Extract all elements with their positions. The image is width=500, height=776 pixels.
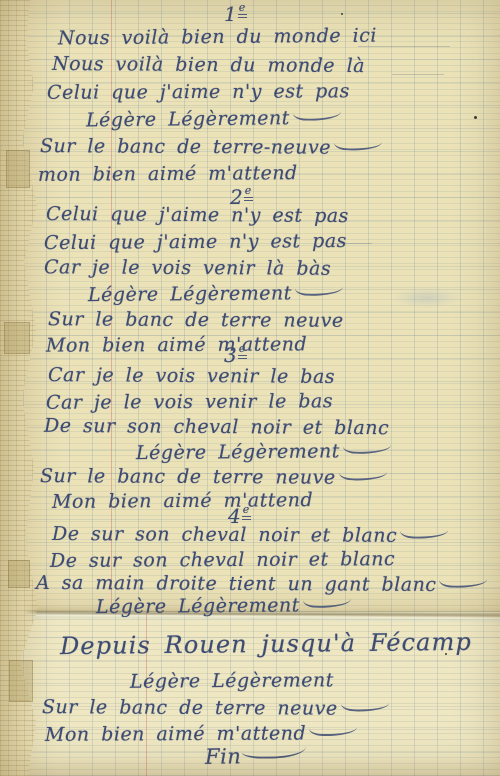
page-edge-step bbox=[6, 150, 30, 188]
lyric-line: Celui que j'aime n'y est pas bbox=[47, 80, 350, 104]
page-edge-step bbox=[9, 660, 33, 702]
refrain-line: Mon bien aimé m'attend bbox=[46, 333, 307, 356]
verse-number-suffix: e bbox=[238, 342, 248, 359]
refrain-line: mon bien aimé m'attend bbox=[38, 162, 298, 186]
verse-number: 1e bbox=[224, 1, 247, 26]
verse-number: 3e bbox=[224, 342, 247, 367]
refrain-line: Mon bien aimé m'attend bbox=[45, 722, 357, 746]
pencil-dash bbox=[392, 74, 444, 75]
page-edge-step bbox=[4, 322, 30, 354]
lyric-line: A sa main droite tient un gant blanc bbox=[36, 572, 488, 596]
verse-number-suffix: e bbox=[238, 1, 248, 18]
lyric-line: Nous voilà bien du monde là bbox=[52, 53, 365, 77]
refrain-line: Sur le banc de terre-neuve bbox=[40, 135, 382, 159]
refrain-line: Mon bien aimé m'attend bbox=[52, 489, 313, 513]
lyric-line: De sur son cheval noir et blanc bbox=[52, 523, 448, 547]
lyric-line: Car je le vois venir le bas bbox=[46, 390, 333, 414]
lyric-line: De sur son cheval noir et blanc bbox=[44, 415, 389, 439]
page-edge-step bbox=[8, 560, 30, 588]
lyric-line: Depuis Rouen jusqu'à Fécamp bbox=[60, 628, 472, 660]
verse-number-digit: 1 bbox=[224, 2, 237, 26]
ink-fleck bbox=[474, 116, 477, 119]
lyric-line: Celui que j'aime n'y est pas bbox=[44, 230, 347, 254]
refrain-line: Légère Légèrement bbox=[96, 594, 351, 618]
ink-bleed-smudge bbox=[392, 288, 462, 308]
refrain-line: Légère Légèrement bbox=[88, 282, 343, 306]
lyric-line: Car je le vois venir là bàs bbox=[44, 256, 331, 280]
verse-number-digit: 3 bbox=[224, 343, 237, 367]
refrain-line: Sur le banc de terre neuve bbox=[40, 465, 387, 489]
refrain-line: Légère Légèrement bbox=[86, 107, 341, 132]
refrain-line: Légère Légèrement bbox=[130, 669, 334, 692]
lyric-line: Nous voilà bien du monde ici bbox=[58, 25, 377, 50]
refrain-line: Légère Légèrement bbox=[136, 440, 391, 464]
fin-mark: Fin bbox=[205, 743, 307, 769]
lyric-line: Celui que j'aime n'y est pas bbox=[46, 203, 349, 227]
verse-number-suffix: e bbox=[244, 184, 254, 201]
lyric-line: Car je le vois venir le bas bbox=[48, 364, 335, 388]
refrain-line: Sur le banc de terre neuve bbox=[42, 696, 389, 720]
verse-number-suffix: e bbox=[242, 503, 252, 520]
manuscript-page: 1e Nous voilà bien du monde ici Nous voi… bbox=[0, 0, 500, 776]
refrain-line: Sur le banc de terre neuve bbox=[48, 308, 344, 332]
lyric-line: De sur son cheval noir et blanc bbox=[50, 548, 395, 572]
ink-fleck bbox=[341, 13, 343, 15]
